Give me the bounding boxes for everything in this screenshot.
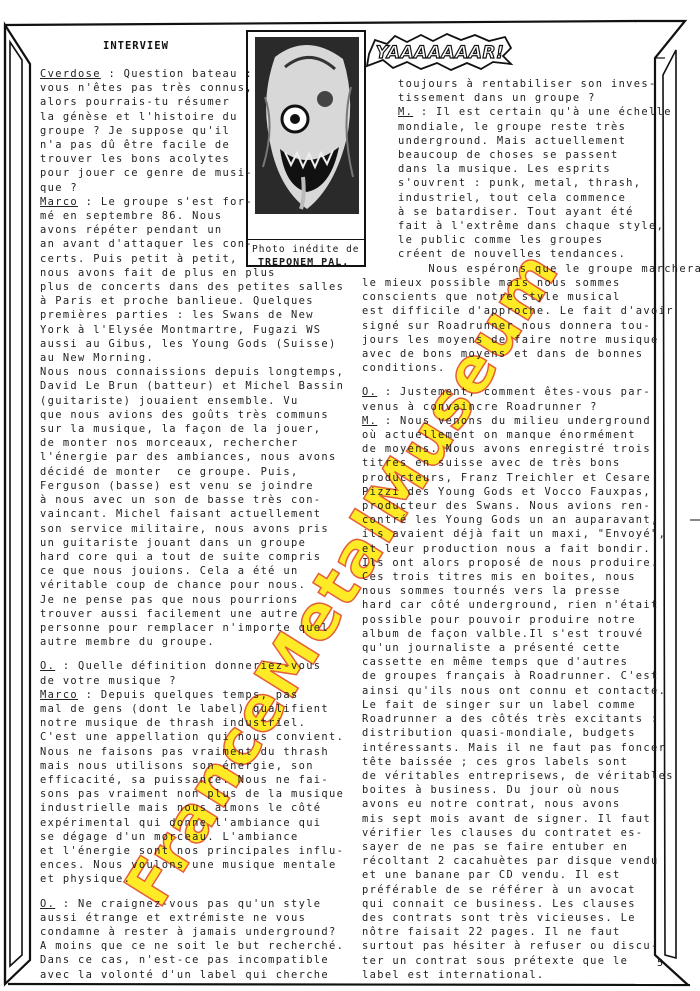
text-line: producteur des Swans. Nous avions ren- [362,499,674,513]
text-line: de monter nos morceaux, rechercher [40,436,344,450]
text-line: aussi au Gibus, les Young Gods (Suisse) [40,337,344,351]
text-line: A moins que ce ne soit le but recherché. [40,939,344,953]
text-line: Roadrunner a des côtés très excitants : [362,712,674,726]
text-line: M. : Il est certain qu'à une échelle [398,105,700,119]
text-line: York à l'Elysée Montmartre, Fugazi WS [40,323,344,337]
text-line: se dégage d'un morceau. L'ambiance [40,830,344,844]
text-line: l'énergie par des ambiances, nous avons [40,450,344,464]
text-line: et leur production nous a fait bondir. [362,542,674,556]
text-line: Pizzi des Young Gods et Vocco Fauxpas, [362,485,674,499]
text-line: est difficile d'approche. Le fait d'avoi… [362,304,674,318]
section-title: INTERVIEW [103,40,169,52]
text-line: avons répéter pendant un [40,223,344,237]
text-line: où actuellement on manque énormément [362,428,674,442]
text-line: sons pas vraiment non plus de la musique [40,787,344,801]
text-line: producteurs, Franz Treichler et Cesare [362,471,674,485]
text-line: vous n'êtes pas très connus, [40,81,344,95]
text-line: et une banane par CD vendu. Il est [362,868,674,882]
speaker-label: O. [40,898,55,910]
text-line: le mieux possible mais nous sommes [362,276,674,290]
text-line: trouver les bons acolytes [40,152,344,166]
text-line: O. : Justement, comment êtes-vous par- [362,385,674,399]
text-line: Marco : Le groupe s'est for- [40,195,344,209]
text-line: C'est une appellation qui nous convient. [40,730,344,744]
text-line: qui connait ce business. Les clauses [362,897,674,911]
text-line: boites à business. Du jour où nous [362,783,674,797]
text-line: nous avons fait de plus en plus [40,266,344,280]
text-line: un guitariste jouant dans un groupe [40,536,344,550]
text-line: nous sommes tournés vers la presse [362,584,674,598]
text-line: au New Morning. [40,351,344,365]
paragraph-gap [362,375,674,385]
text-line: intéressants. Mais il ne faut pas foncer [362,741,674,755]
text-line: des contrats sont très vicieuses. Le [362,911,674,925]
text-line: contré les Young Gods un an auparavant, [362,513,674,527]
text-line: distribution quasi-mondiale, budgets [362,726,674,740]
text-line: hard core qui a tout de suite compris [40,550,344,564]
text-line: créent de nouvelles tendances. [398,247,700,261]
text-line: et l'énergie sont nos principales influ- [40,844,344,858]
text-line: de votre musique ? [40,674,344,688]
text-line: qu'un journaliste a présenté cette [362,641,674,655]
paragraph-gap [40,649,344,659]
text-line: industriel, tout cela commence [398,191,700,205]
right-column: le mieux possible mais nous sommesconsci… [362,276,674,982]
speaker-label: Marco [40,196,78,208]
text-line: Nous nous connaissions depuis longtemps, [40,365,344,379]
text-line: sayer de ne pas se faire entuber en [362,840,674,854]
text-line: avec la volonté d'un label qui cherche [40,968,344,982]
text-line: David Le Brun (batteur) et Michel Bassin [40,379,344,393]
text-line: à nous avec un son de basse très con- [40,493,344,507]
text-line: Dans ce cas, n'est-ce pas incompatible [40,953,344,967]
speaker-label: Marco [40,689,78,701]
speaker-label: O. [362,386,377,398]
text-line: surtout pas hésiter à refuser ou discu- [362,939,674,953]
text-line: à se batardiser. Tout ayant été [398,205,700,219]
right-column-top: toujours à rentabiliser son inves-tissem… [398,77,700,276]
text-line: conscients que notre style musical [362,290,674,304]
text-line: Marco : Depuis quelques temps, pas [40,688,344,702]
text-line: trouver aussi facilement une autre [40,607,344,621]
text-line: décidé de monter ce groupe. Puis, [40,465,344,479]
text-line: mondiale, le groupe reste très [398,120,700,134]
text-line: ce que nous jouions. Cela a été un [40,564,344,578]
text-line: ils avaient déjà fait un maxi, "Envoyé", [362,527,674,541]
text-line: cassette en même temps que d'autres [362,655,674,669]
text-line: Cverdose : Question bateau : [40,67,344,81]
text-line: an avant d'attaquer les con- [40,237,344,251]
text-line: ainsi qu'ils nous ont connu et contacté. [362,684,674,698]
text-line: M. : Nous venons du milieu underground [362,414,674,428]
text-line: efficacité, sa puissance. Nous ne fai- [40,773,344,787]
text-line: expérimental qui donne l'ambiance qui [40,816,344,830]
text-line: que ? [40,181,344,195]
text-line: dans la musique. Les esprits [398,162,700,176]
text-line: vaincant. Michel faisant actuellement [40,507,344,521]
scream-text: YAAAAAAAR! [376,43,505,63]
text-line: toujours à rentabiliser son inves- [398,77,700,91]
text-line: n'a pas dû être facile de [40,138,344,152]
paragraph-gap [40,887,344,897]
text-line: vérifier les clauses du contratet es- [362,826,674,840]
text-line: industrielle mais nous aimons le côté [40,801,344,815]
text-line: Ferguson (basse) est venu se joindre [40,479,344,493]
text-line: que nous avions des goûts très communs [40,408,344,422]
text-line: personne pour remplacer n'importe quel [40,621,344,635]
text-line: de groupes français à Roadrunner. C'est [362,669,674,683]
text-line: sur la musique, la façon de la jouer, [40,422,344,436]
text-line: album de façon valble.Il s'est trouvé [362,627,674,641]
text-line: mé en septembre 86. Nous [40,209,344,223]
speaker-label: M. [398,106,413,118]
text-line: de moyens. Nous avons enregistré trois [362,442,674,456]
page-number: 5 [657,958,663,969]
text-line: signé sur Roadrunner nous donnera tou- [362,319,674,333]
text-line: conditions. [362,361,674,375]
text-line: O. : Ne craignez-vous pas qu'un style [40,897,344,911]
text-line: le public comme les groupes [398,233,700,247]
speaker-label: M. [362,415,377,427]
text-line: la génèse et l'histoire du [40,110,344,124]
text-line: premières parties : les Swans de New [40,308,344,322]
text-line: tête baissée ; ces gros labels sont [362,755,674,769]
text-line: mal de gens (dont le label) qualifient [40,702,344,716]
text-line: avec de bons moyens et dans de bonnes [362,347,674,361]
speaker-label: Cverdose [40,68,101,80]
text-line: Nous espérons que le groupe marchera [398,262,700,276]
text-line: O. : Quelle définition donneriez-vous [40,659,344,673]
text-line: notre musique de thrash industriel. [40,716,344,730]
text-line: Ils ont alors proposé de nous produire. [362,556,674,570]
text-line: et physique. [40,872,344,886]
text-line: tissement dans un groupe ? [398,91,700,105]
text-line: jours les moyens de faire notre musique [362,333,674,347]
text-line: autre membre du groupe. [40,635,344,649]
text-line: pour jouer ce genre de musi- [40,166,344,180]
text-line: (guitariste) jouaient ensemble. Vu [40,394,344,408]
text-line: préférable de se référer à un avocat [362,883,674,897]
text-line: fait à l'extrême dans chaque style, [398,219,700,233]
text-line: véritable coup de chance pour nous. [40,578,344,592]
text-line: ences. Nous voulons une musique mentale [40,858,344,872]
left-column: Cverdose : Question bateau :vous n'êtes … [40,67,344,982]
text-line: groupe ? Je suppose qu'il [40,124,344,138]
speaker-label: O. [40,660,55,672]
text-line: label est international. [362,968,674,982]
text-line: de véritables entreprisews, de véritable… [362,769,674,783]
text-line: nôtre faisait 22 pages. Il ne faut [362,925,674,939]
text-line: s'ouvrent : punk, metal, thrash, [398,176,700,190]
text-line: underground. Mais actuellement [398,134,700,148]
text-line: condamne à rester à jamais underground? [40,925,344,939]
text-line: récoltant 2 cacahuètes par disque vendu [362,854,674,868]
text-line: alors pourrais-tu résumer [40,95,344,109]
text-line: son service militaire, nous avons pris [40,522,344,536]
text-line: à Paris et proche banlieue. Quelques [40,294,344,308]
text-line: Nous ne faisons pas vraiment du thrash [40,745,344,759]
text-line: ter un contrat sous prétexte que le [362,954,674,968]
text-line: Je ne pense pas que nous pourrions [40,593,344,607]
text-line: aussi étrange et extrémiste ne vous [40,911,344,925]
scream-bubble: YAAAAAAAR! [365,32,515,72]
text-line: mis sept mois avant de signer. Il faut [362,812,674,826]
text-line: avons eu notre contrat, nous avons [362,797,674,811]
text-line: plus de concerts dans des petites salles [40,280,344,294]
text-line: mais nous utilisons son énergie, son [40,759,344,773]
text-line: possible pour pouvoir produire notre [362,613,674,627]
text-line: hard car côté underground, rien n'était [362,598,674,612]
text-line: certs. Puis petit à petit, [40,252,344,266]
text-line: titres en suisse avec de très bons [362,456,674,470]
text-line: beaucoup de choses se passent [398,148,700,162]
text-line: venus à convaincre Roadrunner ? [362,400,674,414]
text-line: Le fait de singer sur un label comme [362,698,674,712]
text-line: Ces trois titres mis en boites, nous [362,570,674,584]
